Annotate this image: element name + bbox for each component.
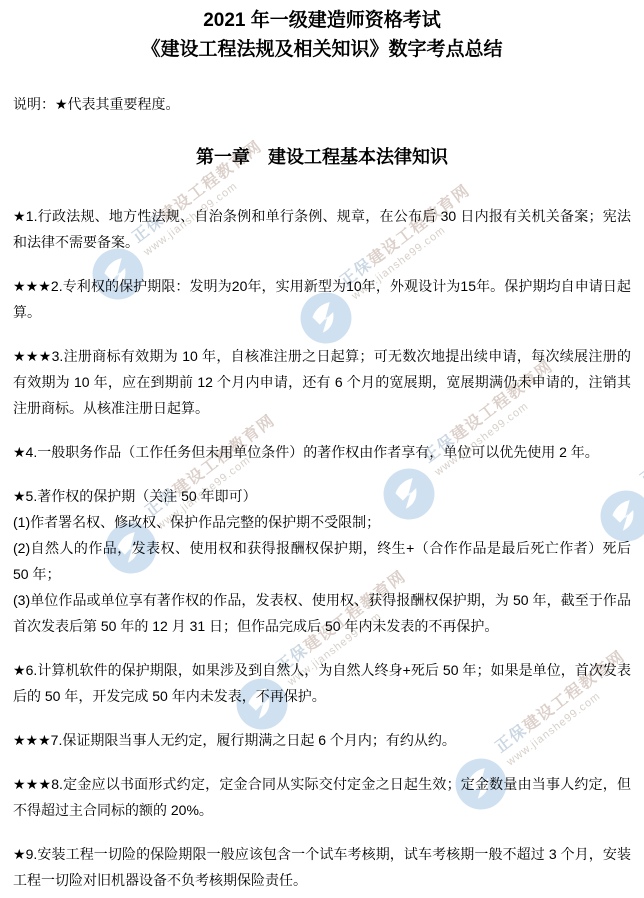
paragraph: ★4.一般职务作品（工作任务但未用单位条件）的著作权由作者享有，单位可以优先使用… [13, 439, 631, 465]
importance-note: 说明：★代表其重要程度。 [13, 96, 631, 112]
document-content: 2021 年一级建造师资格考试 《建设工程法规及相关知识》数字考点总结 说明：★… [0, 0, 644, 893]
paragraph: ★★★8.定金应以书面形式约定，定金合同从实际交付定金之日起生效；定金数量由当事… [13, 771, 631, 823]
title-line-1: 2021 年一级建造师资格考试 [13, 6, 631, 35]
paragraph: ★6.计算机软件的保护期限，如果涉及到自然人，为自然人终身+死后 50 年；如果… [13, 657, 631, 709]
chapter-heading: 第一章 建设工程基本法律知识 [13, 145, 631, 169]
paragraph-line: ★4.一般职务作品（工作任务但未用单位条件）的著作权由作者享有，单位可以优先使用… [13, 439, 631, 465]
paragraph: ★5.著作权的保护期（关注 50 年即可）(1)作者署名权、修改权、保护作品完整… [13, 483, 631, 639]
paragraph-line: ★★★2.专利权的保护期限：发明为20年，实用新型为10年，外观设计为15年。保… [13, 273, 631, 325]
paragraph-line: ★★★7.保证期限当事人无约定，履行期满之日起 6 个月内；有约从约。 [13, 727, 631, 753]
paragraph-line: (1)作者署名权、修改权、保护作品完整的保护期不受限制； [13, 509, 631, 535]
paragraph-line: ★1.行政法规、地方性法规、自治条例和单行条例、规章，在公布后 30 日内报有关… [13, 203, 631, 255]
paragraph-line: (3)单位作品或单位享有著作权的作品，发表权、使用权、获得报酬权保护期，为 50… [13, 587, 631, 639]
paragraph-line: ★6.计算机软件的保护期限，如果涉及到自然人，为自然人终身+死后 50 年；如果… [13, 657, 631, 709]
paragraph-line: ★5.著作权的保护期（关注 50 年即可） [13, 483, 631, 509]
paragraph-line: (2)自然人的作品，发表权、使用权和获得报酬权保护期，终生+（合作作品是最后死亡… [13, 535, 631, 587]
document-page: 正保建设工程教育网www.jianshe99.com正保建设工程教育网www.j… [0, 0, 644, 898]
paragraph-line: ★9.安装工程一切险的保险期限一般应该包含一个试车考核期，试车考核期一般不超过 … [13, 841, 631, 893]
paragraph-line: ★★★8.定金应以书面形式约定，定金合同从实际交付定金之日起生效；定金数量由当事… [13, 771, 631, 823]
paragraph-list: ★1.行政法规、地方性法规、自治条例和单行条例、规章，在公布后 30 日内报有关… [13, 203, 631, 893]
document-title: 2021 年一级建造师资格考试 《建设工程法规及相关知识》数字考点总结 [13, 0, 631, 64]
paragraph: ★★★3.注册商标有效期为 10 年，自核准注册之日起算；可无数次地提出续申请，… [13, 343, 631, 421]
title-line-2: 《建设工程法规及相关知识》数字考点总结 [13, 35, 631, 64]
paragraph: ★9.安装工程一切险的保险期限一般应该包含一个试车考核期，试车考核期一般不超过 … [13, 841, 631, 893]
paragraph-line: ★★★3.注册商标有效期为 10 年，自核准注册之日起算；可无数次地提出续申请，… [13, 343, 631, 421]
paragraph: ★★★2.专利权的保护期限：发明为20年，实用新型为10年，外观设计为15年。保… [13, 273, 631, 325]
paragraph: ★1.行政法规、地方性法规、自治条例和单行条例、规章，在公布后 30 日内报有关… [13, 203, 631, 255]
paragraph: ★★★7.保证期限当事人无约定，履行期满之日起 6 个月内；有约从约。 [13, 727, 631, 753]
